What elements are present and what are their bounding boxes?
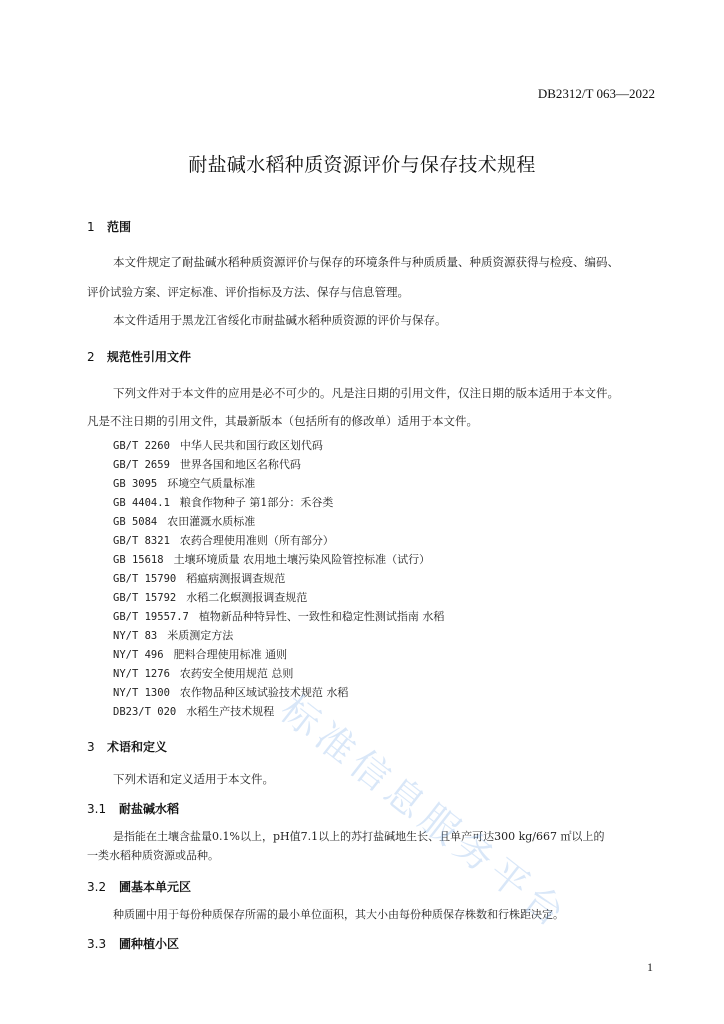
reference-item: NY/T 1300农作物品种区域试验技术规范 水稻 — [113, 684, 348, 700]
term-3-1-definition-line-2: 一类水稻种质资源或品种。 — [87, 847, 219, 863]
reference-item: GB 5084农田灌溉水质标准 — [113, 513, 255, 529]
section-number: 3 — [87, 740, 107, 754]
reference-item: GB/T 15792水稻二化螟测报调查规范 — [113, 589, 307, 605]
term-3-1-definition-line-1: 是指能在土壤含盐量0.1%以上，pH值7.1以上的苏打盐碱地生长、且单产可达30… — [113, 828, 604, 844]
section-number: 2 — [87, 350, 107, 364]
section-1-heading: 1范围 — [87, 218, 131, 235]
term-3-1-heading: 3.1耐盐碱水稻 — [87, 800, 179, 817]
reference-item: NY/T 83米质测定方法 — [113, 627, 233, 643]
term-title: 耐盐碱水稻 — [119, 802, 179, 816]
reference-item: GB/T 15790稻瘟病测报调查规范 — [113, 570, 285, 586]
reference-item: NY/T 496肥料合理使用标准 通则 — [113, 646, 287, 662]
section-title: 范围 — [107, 220, 131, 234]
reference-item: GB/T 19557.7植物新品种特异性、一致性和稳定性测试指南 水稻 — [113, 608, 444, 624]
term-3-2-definition: 种质圃中用于每份种质保存所需的最小单位面积，其大小由每份种质保存株数和行株距决定… — [113, 906, 564, 922]
section-3-intro: 下列术语和定义适用于本文件。 — [113, 771, 274, 787]
reference-item: GB/T 2260中华人民共和国行政区划代码 — [113, 437, 323, 453]
section-1-para-2: 本文件适用于黑龙江省绥化市耐盐碱水稻种质资源的评价与保存。 — [113, 312, 447, 328]
section-title: 规范性引用文件 — [107, 350, 191, 364]
document-code: DB2312/T 063—2022 — [538, 86, 655, 102]
reference-item: GB 3095环境空气质量标准 — [113, 475, 255, 491]
term-3-2-heading: 3.2圃基本单元区 — [87, 878, 191, 895]
term-number: 3.2 — [87, 880, 119, 894]
reference-item: DB23/T 020水稻生产技术规程 — [113, 703, 274, 719]
document-title: 耐盐碱水稻种质资源评价与保存技术规程 — [0, 150, 724, 177]
section-2-para-line-1: 下列文件对于本文件的应用是必不可少的。凡是注日期的引用文件，仅注日期的版本适用于… — [113, 385, 619, 401]
reference-item: GB 15618土壤环境质量 农用地土壤污染风险管控标准（试行） — [113, 551, 430, 567]
term-number: 3.3 — [87, 937, 119, 951]
section-title: 术语和定义 — [107, 740, 167, 754]
section-1-para-1-line-1: 本文件规定了耐盐碱水稻种质资源评价与保存的环境条件与种质质量、种质资源获得与检疫… — [113, 254, 619, 270]
section-number: 1 — [87, 220, 107, 234]
section-1-para-1-line-2: 评价试验方案、评定标准、评价指标及方法、保存与信息管理。 — [87, 284, 409, 300]
reference-item: GB 4404.1粮食作物种子 第1部分：禾谷类 — [113, 494, 333, 510]
watermark: 标准信息服务平台 — [271, 680, 582, 940]
section-2-para-line-2: 凡是不注日期的引用文件，其最新版本（包括所有的修改单）适用于本文件。 — [87, 413, 478, 429]
section-2-heading: 2规范性引用文件 — [87, 348, 191, 365]
page-number: 1 — [647, 960, 653, 975]
term-title: 圃基本单元区 — [119, 880, 191, 894]
reference-item: NY/T 1276农药安全使用规范 总则 — [113, 665, 293, 681]
reference-item: GB/T 2659世界各国和地区名称代码 — [113, 456, 301, 472]
term-number: 3.1 — [87, 802, 119, 816]
term-3-3-heading: 3.3圃种植小区 — [87, 935, 179, 952]
section-3-heading: 3术语和定义 — [87, 738, 167, 755]
reference-item: GB/T 8321农药合理使用准则（所有部分） — [113, 532, 334, 548]
term-title: 圃种植小区 — [119, 937, 179, 951]
